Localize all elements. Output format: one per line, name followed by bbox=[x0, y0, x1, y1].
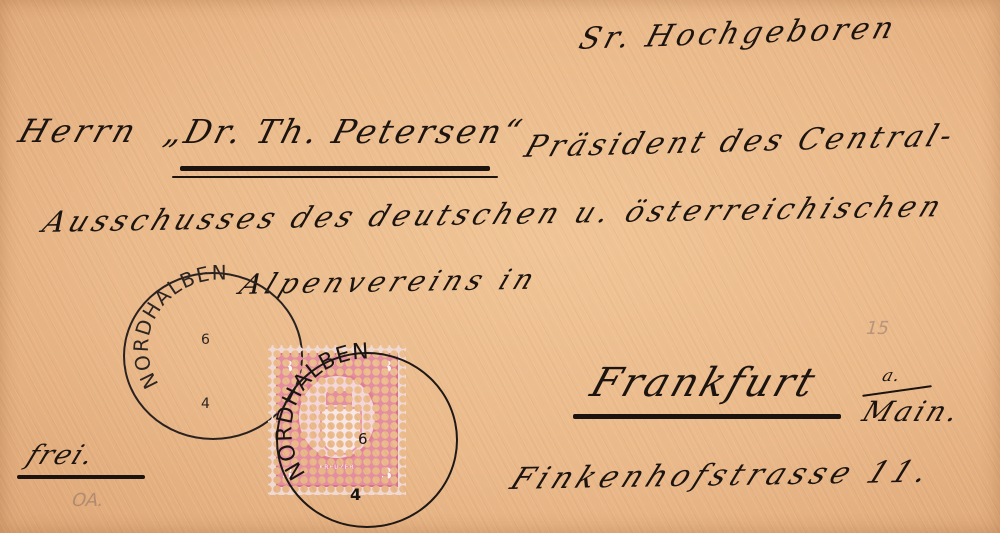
city-suffix-main: Main. bbox=[858, 395, 966, 428]
frei-underline bbox=[17, 475, 145, 479]
pencil-note-bottom-left: OA. bbox=[69, 490, 106, 511]
city-underline bbox=[573, 414, 841, 419]
postmark-left-month: 4 bbox=[201, 396, 210, 412]
postmark-left-town: NORDHALBEN bbox=[129, 260, 229, 392]
svg-text:NORDHALBEN: NORDHALBEN bbox=[129, 260, 229, 392]
postmark-on-stamp-month: 4 bbox=[350, 485, 361, 504]
pencil-note-right: 15 bbox=[863, 318, 892, 339]
frei-marking: frei. bbox=[22, 440, 101, 471]
salutation-text: Sr. Hochgeboren bbox=[575, 11, 902, 57]
envelope: Sr. Hochgeboren Herrn „Dr. Th. Petersen“… bbox=[0, 0, 1000, 533]
street-text: Finkenhofstrasse 11. bbox=[505, 454, 939, 497]
postmark-left-day: 6 bbox=[201, 332, 210, 348]
title-line-1: Präsident des Central- bbox=[520, 118, 961, 165]
recipient-name-underline-thick bbox=[180, 166, 490, 171]
recipient-name-underline-thin bbox=[172, 176, 498, 178]
title-line-2: Ausschusses des deutschen u. österreichi… bbox=[38, 189, 951, 239]
recipient-name: „Dr. Th. Petersen“ bbox=[160, 112, 529, 151]
postmark-on-stamp-town: NORDHALBEN bbox=[272, 339, 370, 484]
postmark-on-stamp-lettering: NORDHALBEN 6 4 bbox=[276, 352, 454, 524]
city-suffix-a: a. bbox=[880, 366, 903, 386]
postmark-on-stamp-day: 6 bbox=[358, 430, 368, 448]
svg-text:NORDHALBEN: NORDHALBEN bbox=[272, 339, 370, 484]
city-text: Frankfurt bbox=[585, 360, 823, 406]
recipient-prefix: Herrn bbox=[14, 112, 144, 150]
